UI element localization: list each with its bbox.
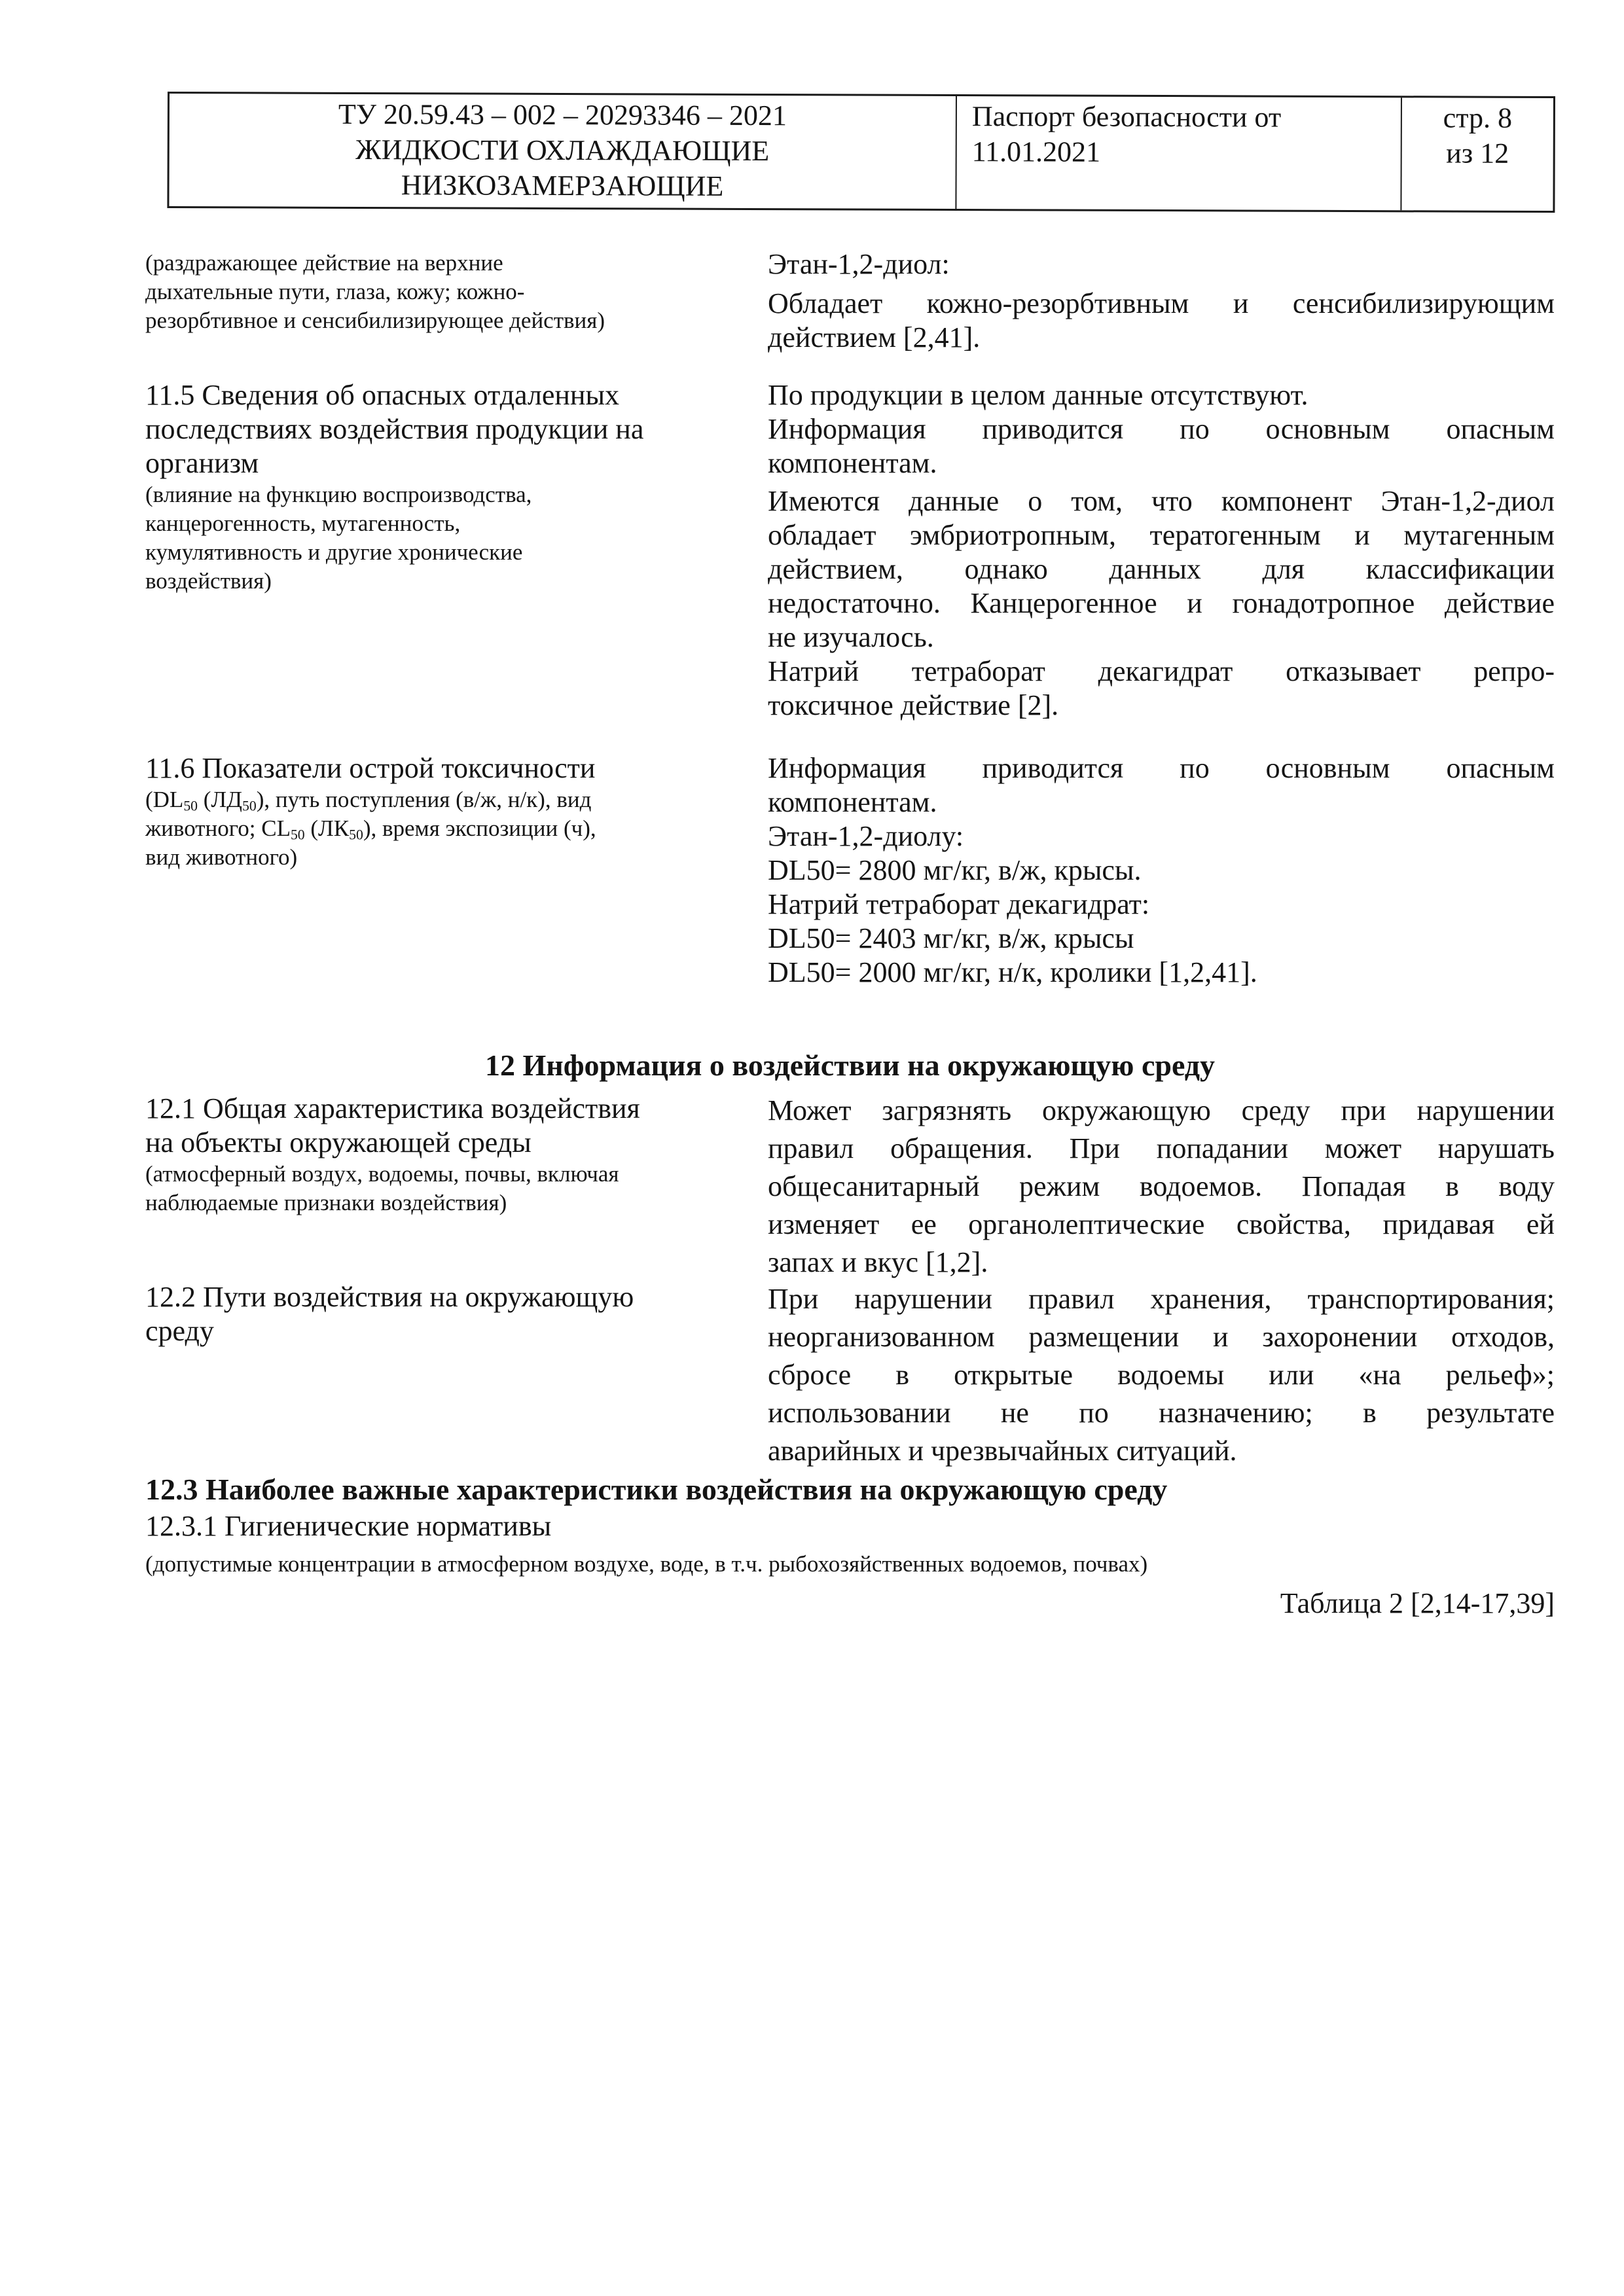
section-12-3-1-note: (допустимые концентрации в атмосферном в… bbox=[145, 1550, 1147, 1579]
row-12-2-left: 12.2 Пути воздействия на окружающую сред… bbox=[145, 1280, 721, 1348]
row-11-4-right: Этан-1,2-диол: Обладает кожно-резорбтивн… bbox=[768, 247, 1555, 355]
row-12-2-right: При нарушении правил хранения, транспорт… bbox=[768, 1280, 1555, 1470]
product-name-line2: НИЗКОЗАМЕРЗАЮЩИЕ bbox=[169, 167, 955, 205]
text-line: изменяет ее органолептические свойства, … bbox=[768, 1206, 1555, 1244]
text-line: компонентам. bbox=[768, 785, 1555, 819]
row-11-5-left: 11.5 Сведения об опасных отдаленных посл… bbox=[145, 378, 721, 596]
product-name-line1: ЖИДКОСТИ ОХЛАЖДАЮЩИЕ bbox=[170, 132, 956, 170]
text-line: Натрий тетраборат декагидрат отказывает … bbox=[768, 655, 1555, 689]
text-line: Информация приводится по основным опасны… bbox=[768, 751, 1555, 785]
text-line: неорганизованном размещении и захоронени… bbox=[768, 1318, 1555, 1356]
title-line: среду bbox=[145, 1314, 721, 1348]
row-12-1-left: 12.1 Общая характеристика воздействия на… bbox=[145, 1092, 721, 1217]
text-line: DL50= 2403 мг/кг, в/ж, крысы bbox=[768, 922, 1555, 956]
note-text: ), путь поступления (в/ж, н/к), вид bbox=[257, 787, 592, 812]
page-header-table: ТУ 20.59.43 – 002 – 20293346 – 2021 ЖИДК… bbox=[167, 92, 1555, 213]
note-line: воздействия) bbox=[145, 567, 721, 596]
note-line: резорбтивное и сенсибилизирующее действи… bbox=[145, 306, 721, 335]
title-line: 12.1 Общая характеристика воздействия bbox=[145, 1092, 721, 1126]
note-text: животного; CL bbox=[145, 816, 291, 841]
text-line: компонентам. bbox=[768, 446, 1555, 480]
row-11-5-right: По продукции в целом данные отсутствуют.… bbox=[768, 378, 1555, 723]
text-line: запах и вкус [1,2]. bbox=[768, 1244, 1555, 1282]
table-caption: Таблица 2 [2,14-17,39] bbox=[768, 1587, 1555, 1621]
title-line: последствиях воздействия продукции на bbox=[145, 412, 721, 446]
text-line: DL50= 2000 мг/кг, н/к, кролики [1,2,41]. bbox=[768, 956, 1555, 990]
text-line: правил обращения. При попадании может на… bbox=[768, 1130, 1555, 1168]
text-line: использовании не по назначению; в резуль… bbox=[768, 1394, 1555, 1432]
doc-code: ТУ 20.59.43 – 002 – 20293346 – 2021 bbox=[170, 96, 956, 134]
text-line: Имеются данные о том, что компонент Этан… bbox=[768, 484, 1555, 518]
text-line: Этан-1,2-диолу: bbox=[768, 819, 1555, 853]
row-12-1-title: 12.1 Общая характеристика воздействия на… bbox=[145, 1092, 721, 1160]
note-line: (влияние на функцию воспроизводства, bbox=[145, 480, 721, 509]
text-line: сбросе в открытые водоемы или «на рельеф… bbox=[768, 1356, 1555, 1394]
page-total: из 12 bbox=[1402, 135, 1553, 171]
note-text: (ЛК bbox=[305, 816, 350, 841]
text-line: Обладает кожно-резорбтивным и сенсибилиз… bbox=[768, 287, 1555, 321]
text-line: токсичное действие [2]. bbox=[768, 689, 1555, 723]
text-line: общесанитарный режим водоемов. Попадая в… bbox=[768, 1168, 1555, 1206]
text-line: недостаточно. Канцерогенное и гонадотроп… bbox=[768, 586, 1555, 620]
section-12-3-heading: 12.3 Наиболее важные характеристики возд… bbox=[145, 1471, 1167, 1508]
title-line: организм bbox=[145, 446, 721, 480]
page-number: стр. 8 bbox=[1402, 100, 1553, 136]
note-text: (DL bbox=[145, 787, 183, 812]
row-12-1-note: (атмосферный воздух, водоемы, почвы, вкл… bbox=[145, 1160, 721, 1217]
header-doc-cell: ТУ 20.59.43 – 002 – 20293346 – 2021 ЖИДК… bbox=[169, 94, 957, 209]
title-line: 12.2 Пути воздействия на окружающую bbox=[145, 1280, 721, 1314]
text-line: действием [2,41]. bbox=[768, 321, 1555, 355]
row-11-6-title: 11.6 Показатели острой токсичности bbox=[145, 751, 721, 785]
subscript: 50 bbox=[291, 827, 305, 842]
text-line: обладает эмбриотропным, тератогенным и м… bbox=[768, 518, 1555, 552]
row-11-6-note: (DL50 (ЛД50), путь поступления (в/ж, н/к… bbox=[145, 785, 721, 872]
row-12-1-right: Может загрязнять окружающую среду при на… bbox=[768, 1092, 1555, 1282]
text-line: действием, однако данных для классификац… bbox=[768, 552, 1555, 586]
subscript: 50 bbox=[183, 798, 198, 814]
text-line: аварийных и чрезвычайных ситуаций. bbox=[768, 1432, 1555, 1470]
text-line: не изучалось. bbox=[768, 620, 1555, 655]
text-line: Может загрязнять окружающую среду при на… bbox=[768, 1092, 1555, 1130]
subscript: 50 bbox=[242, 798, 257, 814]
title-line: 11.5 Сведения об опасных отдаленных bbox=[145, 378, 721, 412]
row-11-5-note: (влияние на функцию воспроизводства, кан… bbox=[145, 480, 721, 596]
header-page-cell: стр. 8 из 12 bbox=[1401, 98, 1553, 211]
subscript: 50 bbox=[349, 827, 363, 842]
section-12-3-1-subheading: 12.3.1 Гигиенические нормативы bbox=[145, 1509, 551, 1543]
note-line: (раздражающее действие на верхние bbox=[145, 249, 721, 278]
note-text: (ЛД bbox=[198, 787, 242, 812]
passport-date: 11.01.2021 bbox=[972, 134, 1401, 171]
text-line: DL50= 2800 мг/кг, в/ж, крысы. bbox=[768, 853, 1555, 888]
row-11-6-left: 11.6 Показатели острой токсичности (DL50… bbox=[145, 751, 721, 872]
note-text: ), время экспозиции (ч), bbox=[363, 816, 596, 841]
title-line: на объекты окружающей среды bbox=[145, 1126, 721, 1160]
note-line: кумулятивность и другие хронические bbox=[145, 538, 721, 567]
text-line: По продукции в целом данные отсутствуют. bbox=[768, 378, 1555, 412]
row-11-6-right: Информация приводится по основным опасны… bbox=[768, 751, 1555, 990]
text-line: Этан-1,2-диол: bbox=[768, 247, 1555, 281]
passport-label: Паспорт безопасности от bbox=[972, 99, 1401, 135]
row-11-4-left-note: (раздражающее действие на верхние дыхате… bbox=[145, 249, 721, 335]
note-line: вид животного) bbox=[145, 843, 721, 872]
section-12-heading: 12 Информация о воздействии на окружающу… bbox=[145, 1047, 1555, 1084]
note-line: канцерогенность, мутагенность, bbox=[145, 509, 721, 538]
note-line: (атмосферный воздух, водоемы, почвы, вкл… bbox=[145, 1160, 721, 1189]
header-passport-cell: Паспорт безопасности от 11.01.2021 bbox=[956, 96, 1402, 210]
text-line: Натрий тетраборат декагидрат: bbox=[768, 888, 1555, 922]
text-line: При нарушении правил хранения, транспорт… bbox=[768, 1280, 1555, 1318]
note-line: дыхательные пути, глаза, кожу; кожно- bbox=[145, 278, 721, 306]
note-line: наблюдаемые признаки воздействия) bbox=[145, 1189, 721, 1217]
note-line: животного; CL50 (ЛК50), время экспозиции… bbox=[145, 814, 721, 843]
text-line: Информация приводится по основным опасны… bbox=[768, 412, 1555, 446]
note-line: (DL50 (ЛД50), путь поступления (в/ж, н/к… bbox=[145, 785, 721, 814]
row-11-5-title: 11.5 Сведения об опасных отдаленных посл… bbox=[145, 378, 721, 480]
